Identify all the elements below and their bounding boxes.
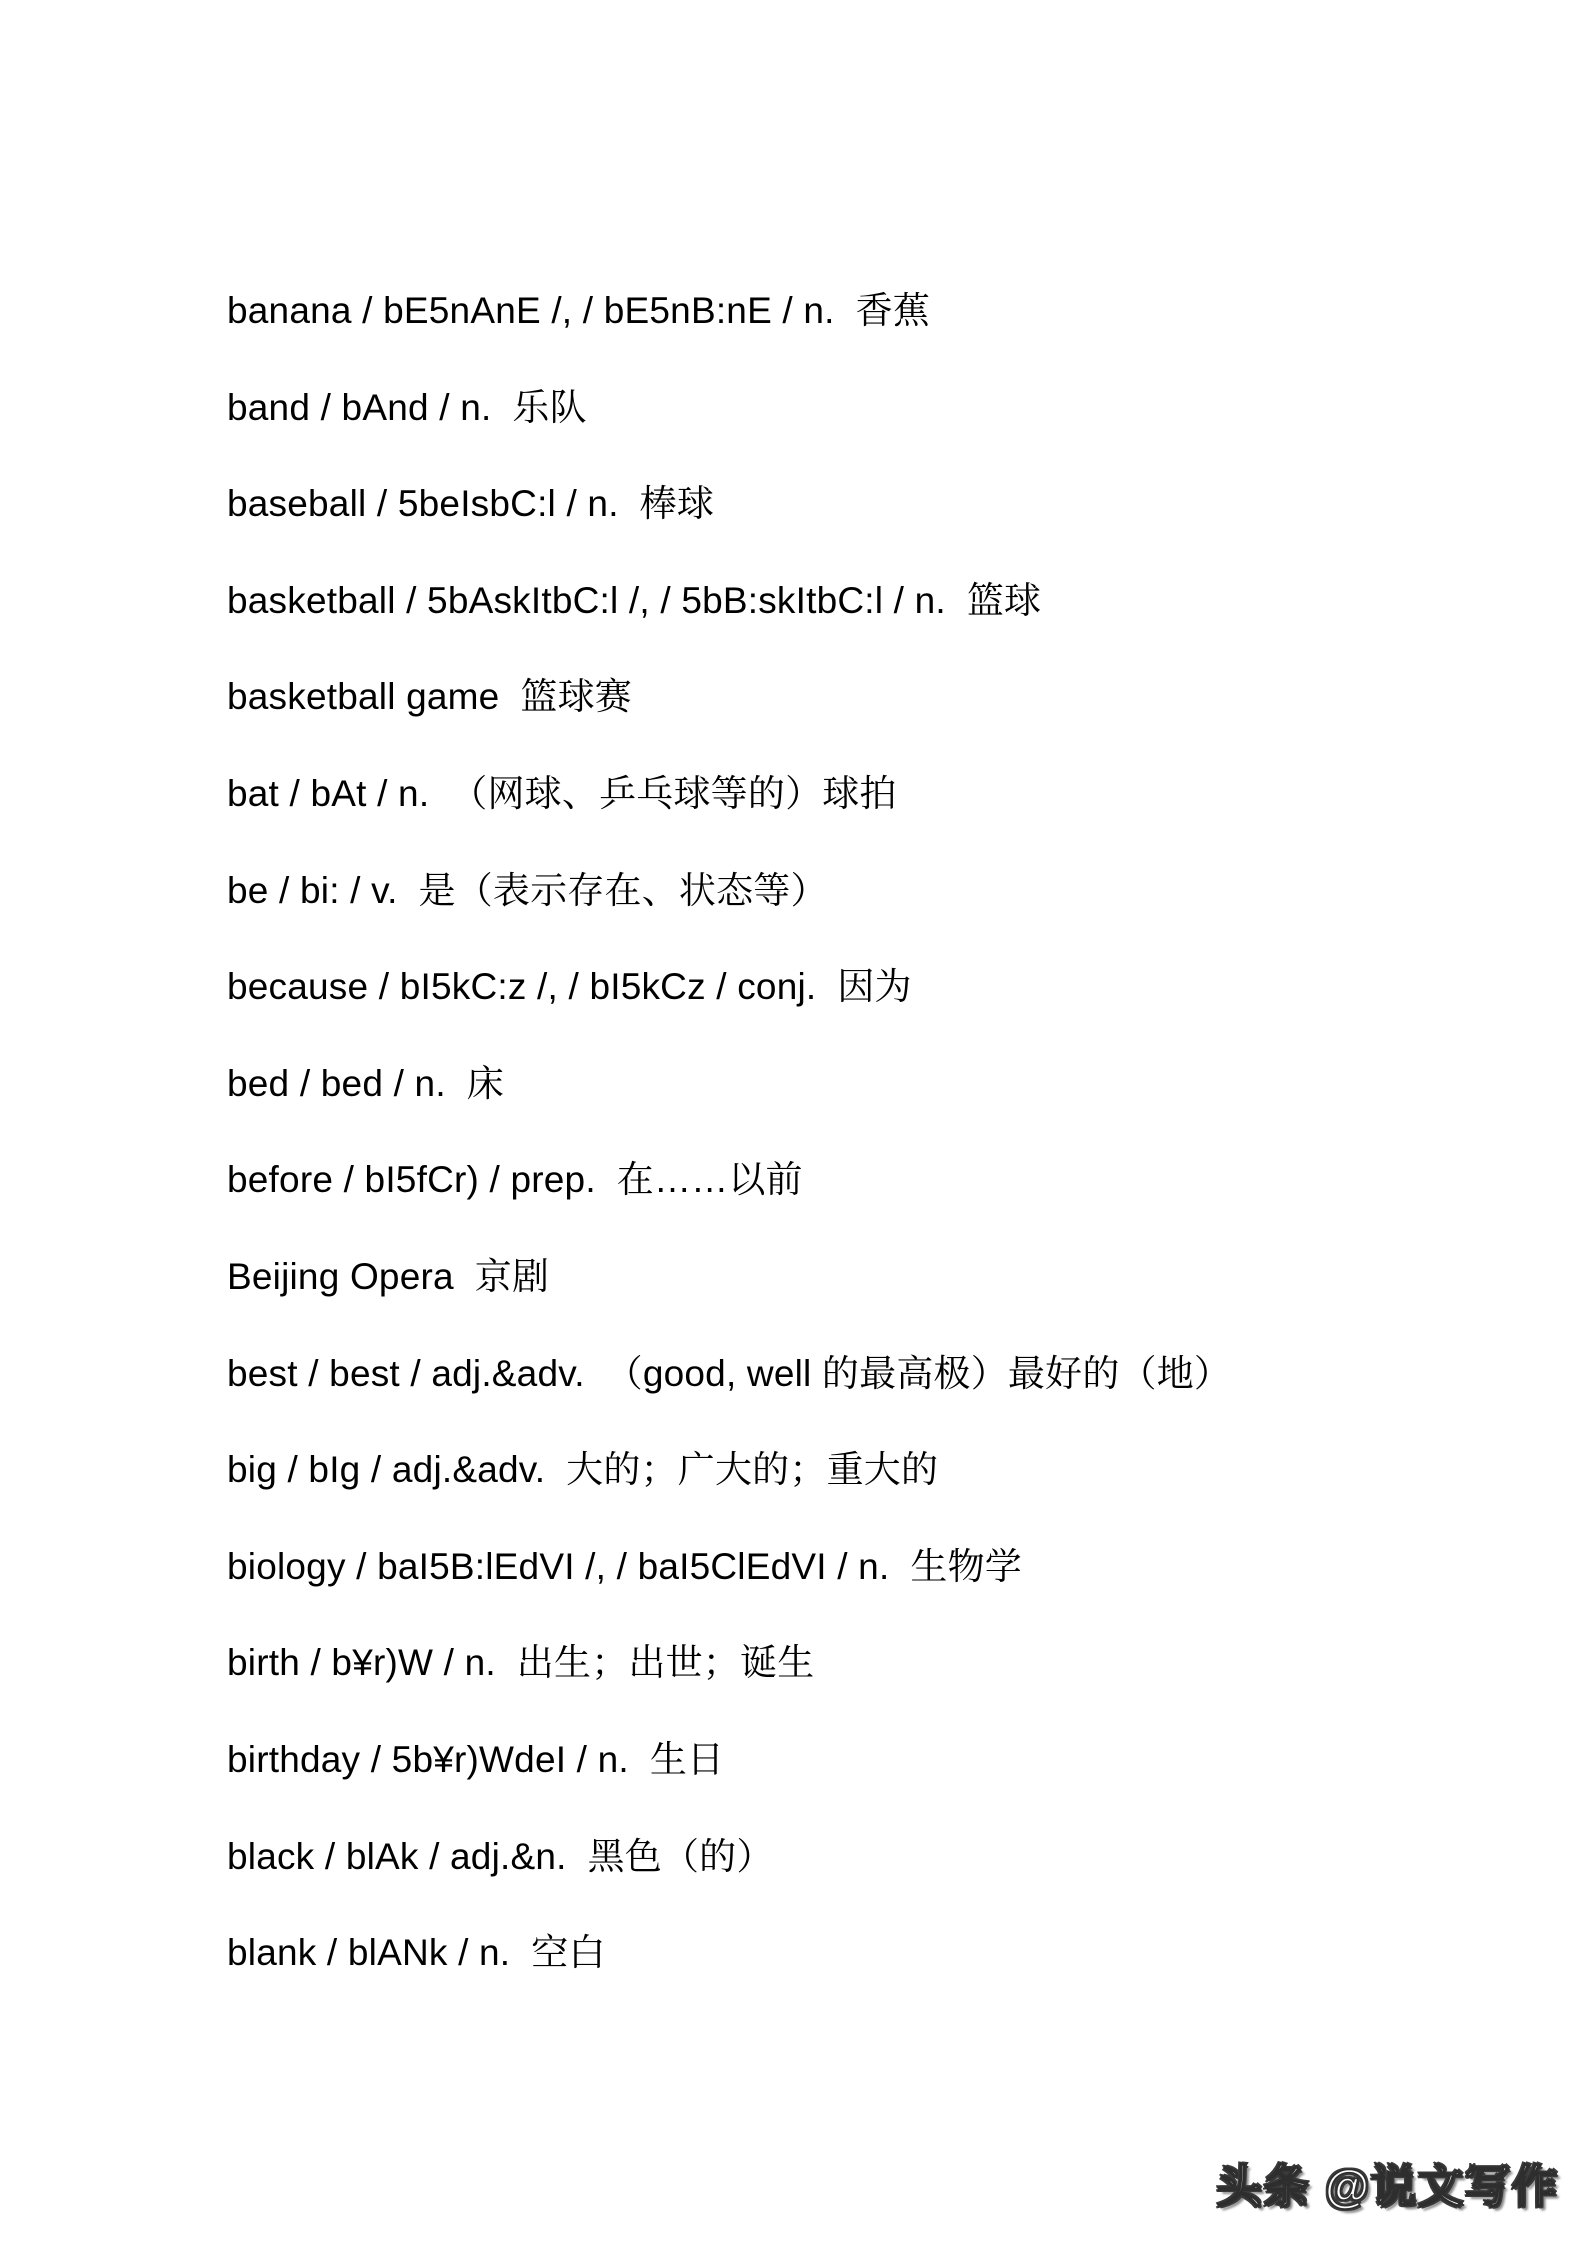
vocab-entry-blank: blank / blANk / n. 空白: [227, 1933, 1547, 1973]
vocab-entry-big: big / bIg / adj.&adv. 大的；广大的；重大的: [227, 1450, 1547, 1490]
vocab-entry-bat: bat / bAt / n. （网球、乒乓球等的）球拍: [227, 774, 1547, 814]
vocab-entry-baseball: baseball / 5beIsbC:l / n. 棒球: [227, 484, 1547, 524]
vocab-entry-best: best / best / adj.&adv. （good, well 的最高极…: [227, 1354, 1547, 1394]
vocab-entry-basketball: basketball / 5bAskItbC:l /, / 5bB:skItbC…: [227, 581, 1547, 621]
vocab-entry-band: band / bAnd / n. 乐队: [227, 388, 1547, 428]
vocab-entry-black: black / blAk / adj.&n. 黑色（的）: [227, 1837, 1547, 1877]
vocab-entry-before: before / bI5fCr) / prep. 在……以前: [227, 1160, 1547, 1200]
toutiao-watermark: 头条 @说文写作: [1217, 2150, 1559, 2215]
vocab-entry-beijing-opera: Beijing Opera 京剧: [227, 1257, 1547, 1297]
document-page: banana / bE5nAnE /, / bE5nB:nE / n. 香蕉 b…: [0, 0, 1587, 2245]
vocab-entry-birth: birth / b¥r)W / n. 出生；出世；诞生: [227, 1643, 1547, 1683]
vocab-entry-bed: bed / bed / n. 床: [227, 1064, 1547, 1104]
vocab-entry-biology: biology / baI5B:lEdVI /, / baI5ClEdVI / …: [227, 1547, 1547, 1587]
vocab-entry-banana: banana / bE5nAnE /, / bE5nB:nE / n. 香蕉: [227, 291, 1547, 331]
vocab-entry-birthday: birthday / 5b¥r)WdeI / n. 生日: [227, 1740, 1547, 1780]
vocabulary-list: banana / bE5nAnE /, / bE5nB:nE / n. 香蕉 b…: [227, 291, 1547, 2030]
vocab-entry-be: be / bi: / v. 是（表示存在、状态等）: [227, 871, 1547, 911]
vocab-entry-basketball-game: basketball game 篮球赛: [227, 677, 1547, 717]
vocab-entry-because: because / bI5kC:z /, / bI5kCz / conj. 因为: [227, 967, 1547, 1007]
